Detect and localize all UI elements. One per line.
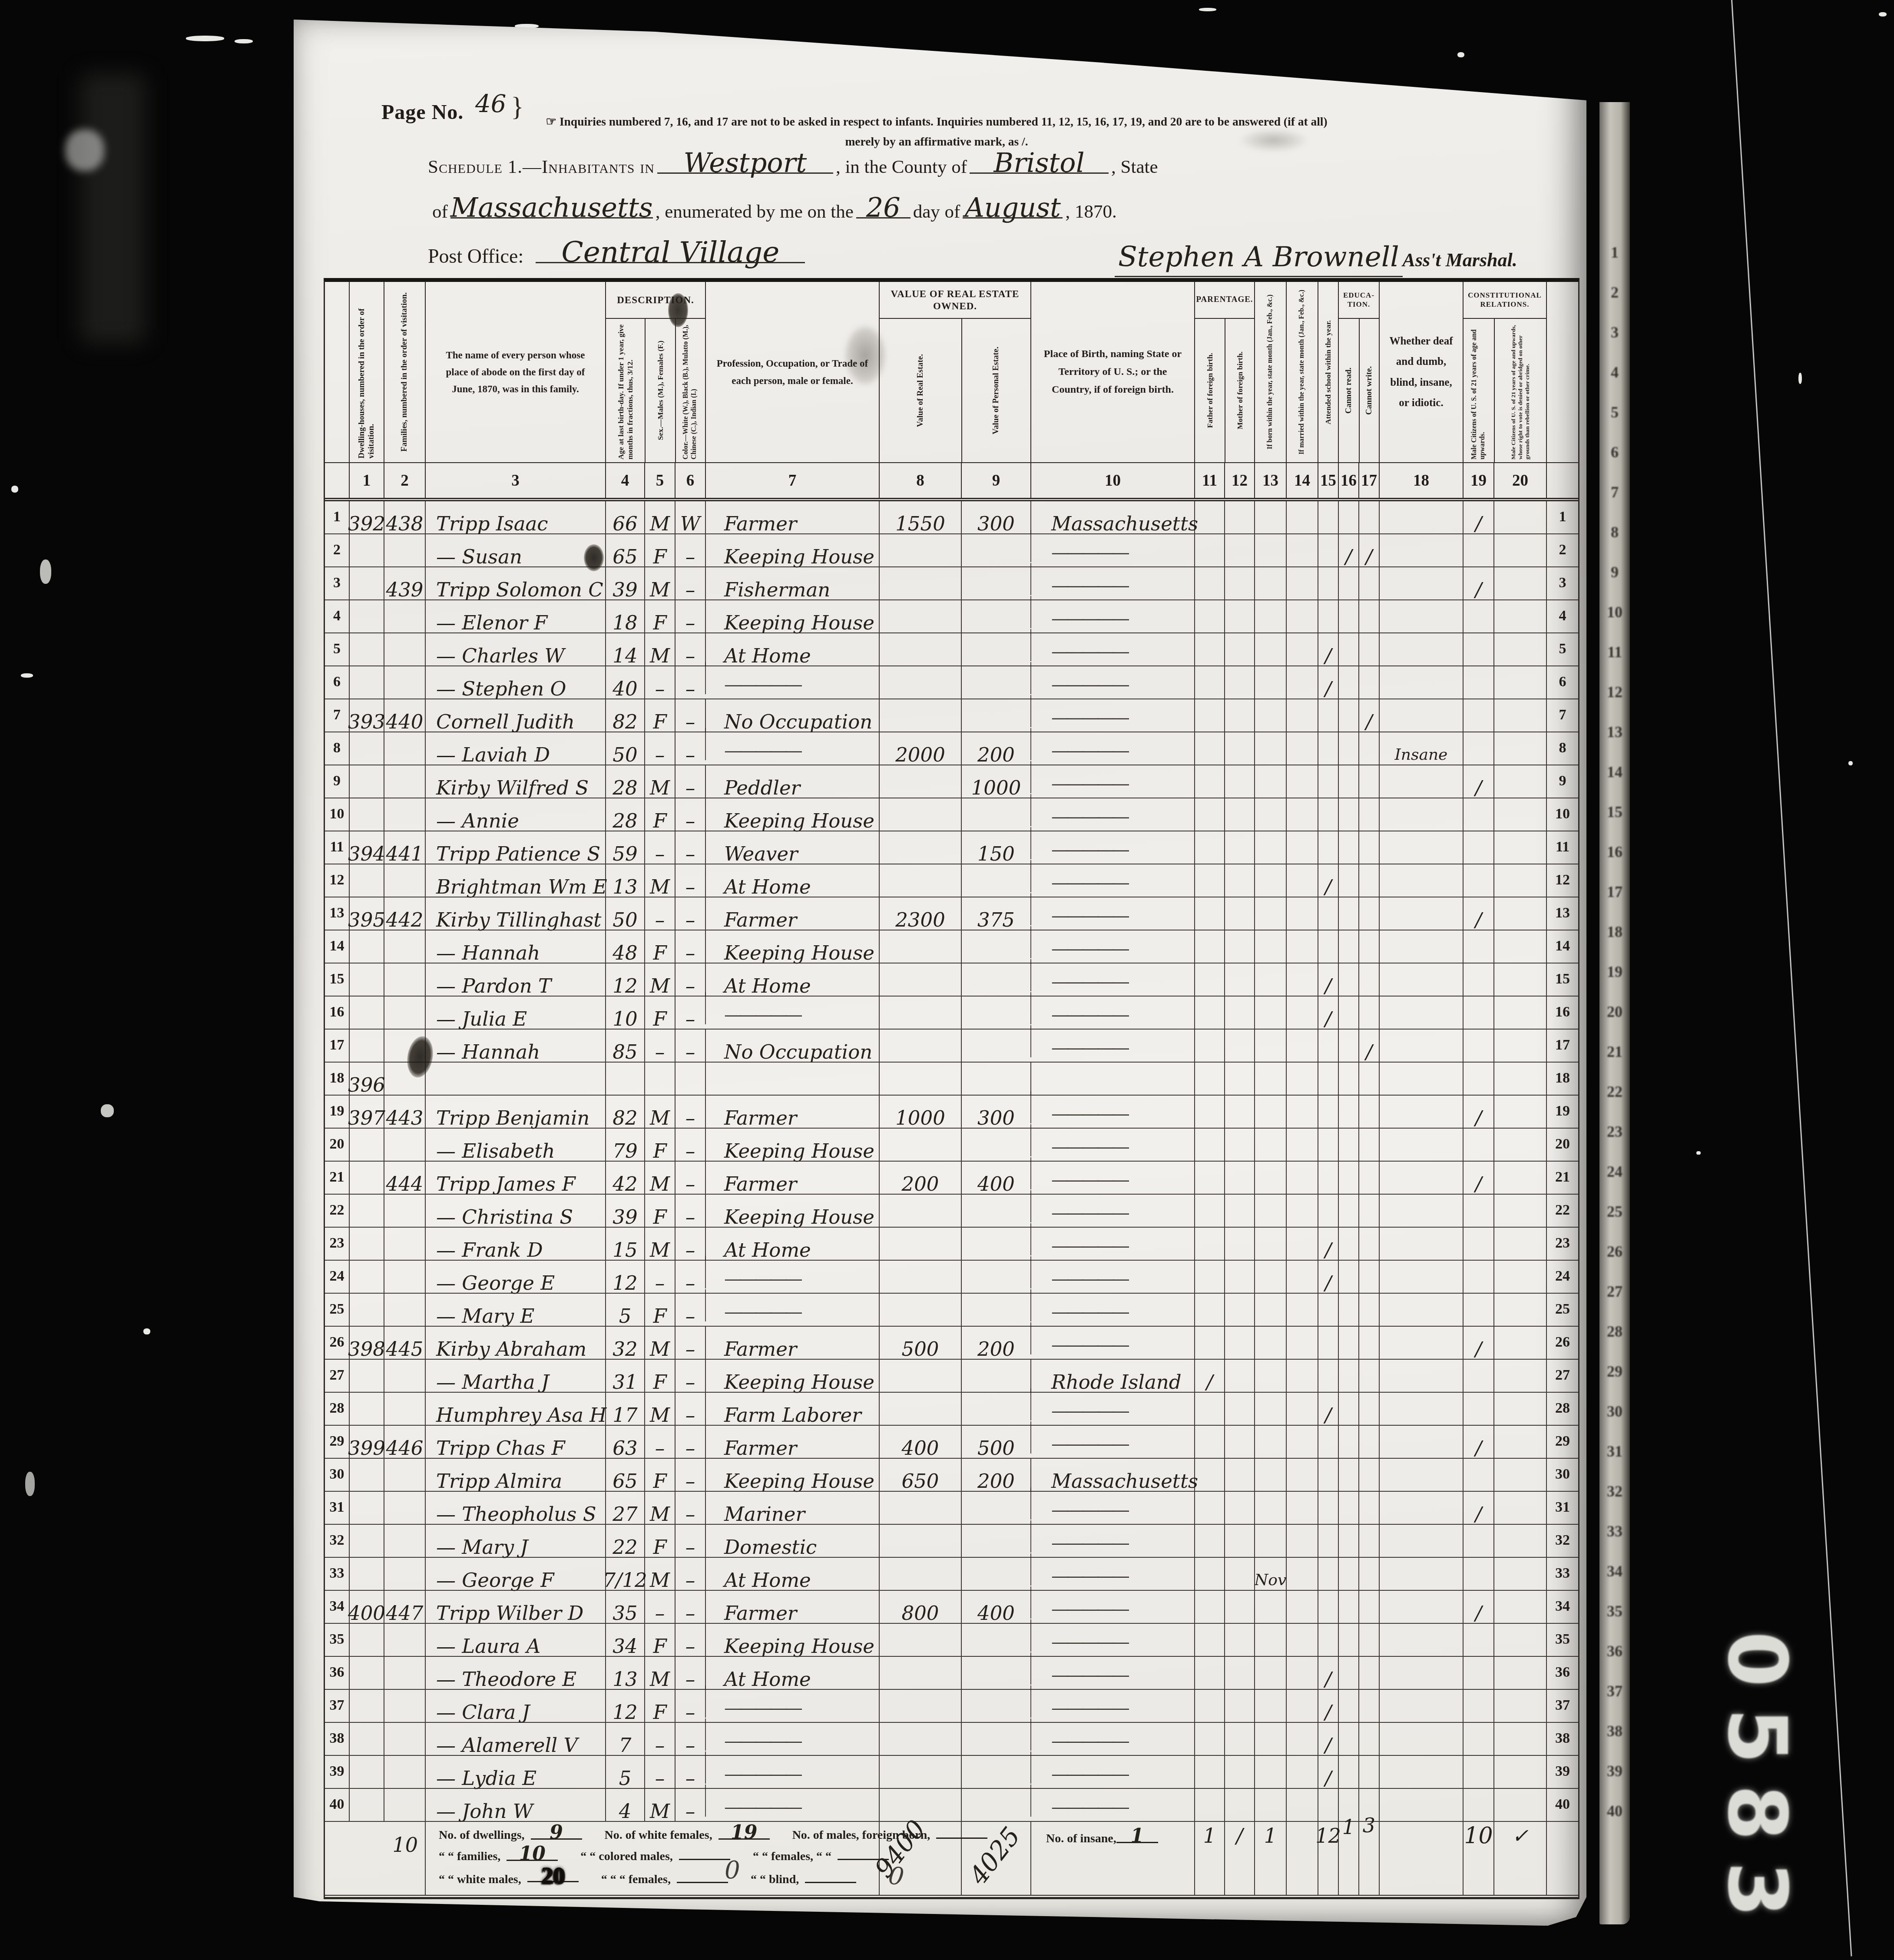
cell-male-citizen: / [1463,1591,1493,1623]
cell-father-foreign [1194,1327,1224,1359]
cell-birthplace: ————— [1030,1652,1194,1685]
table-row: 14 — Hannah 48 F – Keeping House ————— 1… [325,930,1578,963]
film-speck [1798,373,1802,384]
row-number-left: 5 [325,633,349,665]
strip-row-number: 24 [1599,1162,1630,1181]
cell-attended-school: / [1318,1393,1338,1425]
row-number-right: 17 [1546,1030,1578,1062]
cell-personal-estate-value [961,1525,1030,1557]
cell-sex: – [644,897,675,930]
cell-birth-month [1254,1591,1286,1623]
cell-marriage-month [1286,1591,1318,1623]
cell-birthplace: ————— [1030,1289,1194,1321]
header-male-citizen: Male Citizens of U. S. of 21 years of ag… [1464,319,1494,462]
cell-attended-school [1318,567,1338,599]
cell-occupation: Fisherman [705,567,879,599]
cell-mother-foreign [1224,1030,1254,1062]
cell-real-estate-value [879,963,961,996]
cell-dwelling-number [349,1393,384,1425]
cell-cannot-read [1338,1261,1358,1293]
cell-attended-school [1318,1360,1338,1392]
cell-mother-foreign [1224,1393,1254,1425]
cell-personal-estate-value [961,1030,1030,1062]
cell-real-estate-value [879,567,961,599]
film-speck [235,39,253,43]
cell-family-number [384,997,425,1029]
cell-personal-estate-value [961,798,1030,831]
cell-name: — Elenor F [425,600,605,632]
adjacent-page-strip: 1234567891011121314151617181920212223242… [1599,102,1630,1924]
cell-age: 40 [605,666,644,699]
cell-male-citizen [1463,1063,1493,1095]
row-number-left: 6 [325,666,349,699]
row-number-right: 14 [1546,930,1578,963]
row-number-left: 21 [325,1162,349,1194]
cell-attended-school [1318,1195,1338,1227]
strip-row-number: 21 [1599,1043,1630,1061]
cell-name: — Pardon T [425,963,605,996]
row-number-left: 18 [325,1063,349,1095]
cell-father-foreign [1194,1261,1224,1293]
cell-color: – [675,1624,705,1656]
cell-disability [1379,831,1463,864]
cell-family-number [384,765,425,798]
cell-birthplace: ————— [1030,893,1194,925]
cell-father-foreign [1194,930,1224,963]
cell-real-estate-value [879,1195,961,1227]
row-number-right: 31 [1546,1492,1578,1524]
cell-color: – [675,798,705,831]
census-page: Page No. 46 } ☞ Inquiries numbered 7, 16… [294,15,1586,1927]
film-streak [80,74,146,343]
cell-mother-foreign [1224,930,1254,963]
cell-name: — Martha J [425,1360,605,1392]
table-row: 7 393 440 Cornell Judith 82 F – No Occup… [325,699,1578,732]
cell-disability [1379,666,1463,699]
footer-tally-col19: 10 [1463,1822,1493,1895]
cell-birthplace: ————— [1030,992,1194,1024]
cell-disability [1379,897,1463,930]
table-row: 39 — Lydia E 5 – – ————— ————— / 39 [325,1756,1578,1789]
cell-marriage-month [1286,1360,1318,1392]
cell-vote-denied [1493,963,1546,996]
cell-sex: F [644,930,675,963]
cell-cannot-write [1358,600,1379,632]
cell-personal-estate-value: 150 [961,831,1030,864]
cell-real-estate-value [879,831,961,864]
cell-male-citizen [1463,1030,1493,1062]
cell-birthplace: ————— [1030,1751,1194,1784]
cell-occupation: At Home [705,1657,879,1689]
cell-cannot-read [1338,1327,1358,1359]
cell-father-foreign [1194,666,1224,699]
cell-disability [1379,501,1463,533]
header-row-number-left [325,282,349,462]
row-number-left: 37 [325,1690,349,1722]
cell-dwelling-number [349,1459,384,1491]
row-number-left: 2 [325,534,349,566]
cell-marriage-month [1286,930,1318,963]
cell-personal-estate-value [961,1360,1030,1392]
cell-mother-foreign [1224,1624,1254,1656]
cell-mother-foreign [1224,732,1254,765]
cell-personal-estate-value: 1000 [961,765,1030,798]
cell-cannot-read [1338,699,1358,732]
note-line-2: merely by an affirmative mark, as /. [498,132,1375,152]
cell-sex: – [644,1261,675,1293]
cell-name: Tripp Almira [425,1459,605,1491]
cell-age: 27 [605,1492,644,1524]
cell-birthplace: ————— [1030,1256,1194,1288]
strip-row-number: 20 [1599,1003,1630,1021]
cell-vote-denied [1493,765,1546,798]
cell-disability [1379,1591,1463,1623]
cell-color: – [675,1756,705,1788]
cell-occupation: ————— [705,1256,879,1288]
cell-birth-month [1254,1096,1286,1128]
cell-sex: – [644,732,675,765]
cell-name: Kirby Abraham [425,1327,605,1359]
footer-value [805,1882,856,1883]
cell-real-estate-value: 2300 [879,897,961,930]
header-personal-estate: Value of Personal Estate. [961,319,1030,462]
strip-row-number: 33 [1599,1522,1630,1540]
footer-tally-col12: / [1224,1822,1254,1895]
cell-real-estate-value [879,1657,961,1689]
cell-dwelling-number [349,1624,384,1656]
column-number [1546,463,1578,498]
cell-family-number: 441 [384,831,425,864]
cell-family-number [384,1624,425,1656]
cell-sex: F [644,1294,675,1326]
cell-marriage-month [1286,831,1318,864]
cell-personal-estate-value [961,1393,1030,1425]
cell-father-foreign [1194,897,1224,930]
cell-sex: M [644,1558,675,1590]
column-number: 4 [605,463,644,498]
cell-real-estate-value [879,1228,961,1260]
cell-cannot-read [1338,666,1358,699]
cell-color: – [675,633,705,665]
cell-attended-school [1318,897,1338,930]
footer-tally-col15: 12 [1318,1822,1338,1895]
cell-real-estate-value [879,1789,961,1821]
row-number-left: 8 [325,732,349,765]
cell-marriage-month [1286,1261,1318,1293]
cell-color: – [675,1492,705,1524]
cell-color: – [675,1657,705,1689]
table-row: 13 395 442 Kirby Tillinghast 50 – – Farm… [325,897,1578,930]
cell-cannot-write [1358,1690,1379,1722]
cell-father-foreign [1194,831,1224,864]
cell-vote-denied [1493,1228,1546,1260]
cell-mother-foreign [1224,1261,1254,1293]
strip-row-number: 12 [1599,683,1630,701]
cell-sex: – [644,1426,675,1458]
cell-cannot-read [1338,1525,1358,1557]
cell-personal-estate-value [961,1657,1030,1689]
cell-real-estate-value [879,1723,961,1755]
column-number: 13 [1254,463,1286,498]
cell-vote-denied [1493,1393,1546,1425]
row-number-right: 33 [1546,1558,1578,1590]
cell-vote-denied [1493,1492,1546,1524]
cell-cannot-read: / [1338,534,1358,566]
cell-father-foreign [1194,1492,1224,1524]
footer-label: “ “ colored males, [580,1850,673,1864]
cell-attended-school [1318,501,1338,533]
strip-row-number: 5 [1599,403,1630,421]
cell-cannot-write [1358,1591,1379,1623]
state-field: Massachusetts [450,200,653,219]
footer-value: 19 [719,1827,770,1840]
cell-sex: – [644,1591,675,1623]
cell-sex: M [644,1657,675,1689]
post-office-label: Post Office: [428,245,523,268]
cell-real-estate-value [879,534,961,566]
cell-attended-school: / [1318,864,1338,897]
cell-personal-estate-value [961,1558,1030,1590]
film-speck [101,1104,114,1117]
cell-marriage-month [1286,1723,1318,1755]
cell-cannot-write [1358,633,1379,665]
cell-birth-month [1254,501,1286,533]
cell-cannot-write [1358,1459,1379,1491]
cell-cannot-read [1338,501,1358,533]
header-real-estate: Value of Real Estate. [880,319,961,462]
cell-birth-month [1254,1360,1286,1392]
cell-age: 12 [605,1690,644,1722]
cell-vote-denied [1493,831,1546,864]
cell-marriage-month [1286,600,1318,632]
cell-occupation: Keeping House [705,600,879,632]
marshal-signature: Stephen A Brownell [1115,241,1403,277]
cell-family-number [384,1723,425,1755]
row-number-left: 1 [325,501,349,533]
cell-disability [1379,699,1463,732]
cell-sex: – [644,1030,675,1062]
state-suffix: , State [1111,156,1158,178]
cell-real-estate-value: 500 [879,1327,961,1359]
cell-marriage-month [1286,963,1318,996]
cell-sex: M [644,1393,675,1425]
cell-name: — Alamerell V [425,1723,605,1755]
cell-vote-denied [1493,501,1546,533]
table-row: 20 — Elisabeth 79 F – Keeping House ————… [325,1129,1578,1162]
cell-cannot-write [1358,798,1379,831]
cell-attended-school [1318,1162,1338,1194]
header-father-foreign: Father of foreign birth. [1195,319,1225,462]
cell-cannot-write [1358,1657,1379,1689]
cell-cannot-write [1358,1723,1379,1755]
cell-sex: F [644,534,675,566]
cell-color: – [675,1327,705,1359]
footer-label: “ “ blind, [751,1873,799,1887]
cell-father-foreign [1194,1228,1224,1260]
cell-color: – [675,1294,705,1326]
cell-sex: F [644,699,675,732]
cell-marriage-month [1286,666,1318,699]
cell-cannot-read [1338,1228,1358,1260]
cell-personal-estate-value [961,1129,1030,1161]
cell-birth-month [1254,1624,1286,1656]
cell-disability [1379,997,1463,1029]
marshal-title: Ass't Marshal. [1403,249,1517,271]
cell-family-number [384,798,425,831]
header-group-parentage: Parentage. Father of foreign birth. Moth… [1194,282,1254,462]
cell-personal-estate-value [961,864,1030,897]
note-line-1: Inquiries numbered 7, 16, and 17 are not… [560,115,1328,128]
column-number: 15 [1318,463,1338,498]
cell-dwelling-number [349,732,384,765]
cell-color: – [675,666,705,699]
table-row: 26 398 445 Kirby Abraham 32 M – Farmer 5… [325,1327,1578,1360]
cell-father-foreign [1194,633,1224,665]
cell-personal-estate-value [961,1063,1030,1095]
month-value: August [965,199,1061,216]
cell-birthplace: ————— [1030,1025,1194,1057]
cell-male-citizen [1463,1657,1493,1689]
cell-sex: F [644,600,675,632]
cell-male-citizen [1463,1393,1493,1425]
cell-cannot-read [1338,732,1358,765]
cell-marriage-month [1286,1030,1318,1062]
cell-cannot-read [1338,1690,1358,1722]
cell-birthplace: ————— [1030,629,1194,661]
cell-name: Tripp Isaac [425,501,605,533]
cell-mother-foreign [1224,864,1254,897]
row-number-left: 12 [325,864,349,897]
cell-marriage-month [1286,501,1318,533]
cell-vote-denied [1493,600,1546,632]
row-number-right: 6 [1546,666,1578,699]
cell-father-foreign [1194,1591,1224,1623]
cell-mother-foreign [1224,1459,1254,1491]
cell-birthplace: ————— [1030,695,1194,727]
post-office-line: Post Office: Central Village [428,245,808,268]
cell-cannot-write [1358,1261,1379,1293]
cell-birth-month [1254,1393,1286,1425]
cell-cannot-read [1338,930,1358,963]
cell-real-estate-value [879,1492,961,1524]
cell-male-citizen: / [1463,1162,1493,1194]
table-body: 1 392 438 Tripp Isaac 66 M W Farmer 1550… [325,501,1578,1822]
strip-row-number: 25 [1599,1202,1630,1221]
cell-disability [1379,1426,1463,1458]
cell-color: – [675,831,705,864]
row-number-right: 29 [1546,1426,1578,1458]
cell-name [425,1063,605,1095]
table-row: 37 — Clara J 12 F – ————— ————— / 37 [325,1690,1578,1723]
cell-marriage-month [1286,1690,1318,1722]
cell-dwelling-number [349,600,384,632]
row-number-left: 11 [325,831,349,864]
census-table: Dwelling-houses, numbered in the order o… [324,278,1579,1899]
footer-recap: No. of dwellings, 9 No. of white females… [425,1822,879,1895]
row-number-right: 19 [1546,1096,1578,1128]
cell-disability [1379,534,1463,566]
cell-personal-estate-value [961,567,1030,599]
cell-sex: – [644,1756,675,1788]
cell-marriage-month [1286,1063,1318,1095]
cell-sex: M [644,567,675,599]
row-number-left: 4 [325,600,349,632]
cell-color: – [675,864,705,897]
cell-family-number [384,534,425,566]
row-number-left: 27 [325,1360,349,1392]
table-row: 29 399 446 Tripp Chas F 63 – – Farmer 40… [325,1426,1578,1459]
cell-sex: F [644,1195,675,1227]
header-row-number-right [1546,282,1578,462]
cell-age: 66 [605,501,644,533]
cell-cannot-write [1358,1063,1379,1095]
cell-cannot-write [1358,1327,1379,1359]
row-number-right: 30 [1546,1459,1578,1491]
cell-birth-month [1254,1690,1286,1722]
cell-disability [1379,1690,1463,1722]
table-row: 16 — Julia E 10 F – ————— ————— / 16 [325,997,1578,1030]
cell-occupation: At Home [705,963,879,996]
cell-name: Kirby Wilfred S [425,765,605,798]
cell-attended-school [1318,1096,1338,1128]
cell-age: 28 [605,798,644,831]
cell-real-estate-value [879,666,961,699]
cell-male-citizen [1463,1459,1493,1491]
table-row: 6 — Stephen O 40 – – ————— ————— / 6 [325,666,1578,699]
cell-vote-denied [1493,1096,1546,1128]
table-row: 31 — Theopholus S 27 M – Mariner ————— /… [325,1492,1578,1525]
column-number: 8 [879,463,961,498]
cell-dwelling-number: 396 [349,1063,384,1095]
cell-occupation: No Occupation [705,699,879,732]
cell-birth-month [1254,1492,1286,1524]
cell-cannot-write [1358,864,1379,897]
cell-birthplace [1030,1063,1194,1095]
cell-occupation: Farmer [705,501,879,533]
cell-marriage-month [1286,534,1318,566]
cell-age: 65 [605,534,644,566]
cell-male-citizen [1463,963,1493,996]
cell-father-foreign [1194,1789,1224,1821]
cell-dwelling-number: 392 [349,501,384,533]
column-number: 5 [644,463,675,498]
column-number: 14 [1286,463,1318,498]
cell-personal-estate-value [961,1624,1030,1656]
cell-personal-estate-value [961,1492,1030,1524]
cell-male-citizen [1463,1228,1493,1260]
film-speck [11,486,18,493]
cell-male-citizen [1463,1261,1493,1293]
cell-age: 82 [605,1096,644,1128]
cell-birthplace: ————— [1030,1157,1194,1189]
cell-disability: Insane [1379,732,1463,765]
cell-disability [1379,864,1463,897]
cell-occupation: At Home [705,633,879,665]
cell-personal-estate-value [961,1228,1030,1260]
row-number-left: 23 [325,1228,349,1260]
cell-name: — John W [425,1789,605,1821]
cell-name: Tripp James F [425,1162,605,1194]
cell-cannot-write [1358,1096,1379,1128]
cell-birth-month [1254,633,1286,665]
table-row: 28 Humphrey Asa H 17 M – Farm Laborer ——… [325,1393,1578,1426]
cell-family-number: 442 [384,897,425,930]
cell-dwelling-number [349,1723,384,1755]
cell-real-estate-value [879,1624,961,1656]
header-disability: Whether deaf and dumb, blind, insane, or… [1379,282,1463,462]
cell-mother-foreign [1224,1789,1254,1821]
cell-dwelling-number [349,534,384,566]
